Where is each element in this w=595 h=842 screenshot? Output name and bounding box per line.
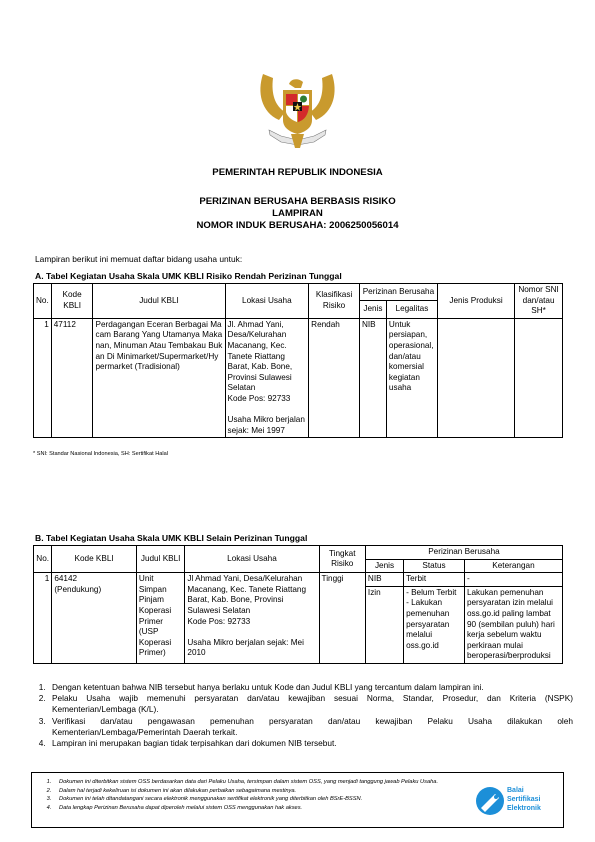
footer-note-item: Dokumen ini diterbitkan sistem OSS berda… — [53, 778, 493, 787]
section-b-title: B. Tabel Kegiatan Usaha Skala UMK KBLI S… — [35, 533, 307, 543]
header-lokasi: Lokasi Usaha — [185, 546, 319, 573]
cell-no: 1 — [34, 318, 52, 438]
cell-judul: Perdagangan Eceran Berbagai Macam Barang… — [93, 318, 225, 438]
header-legalitas: Legalitas — [386, 301, 437, 318]
header-tingkat: Tingkat Risiko — [319, 546, 365, 573]
cell-no: 1 — [34, 573, 52, 664]
footer-notes-list: Dokumen ini diterbitkan sistem OSS berda… — [38, 778, 493, 812]
cell-jenis: Izin — [365, 586, 403, 663]
header-no: No. — [34, 546, 52, 573]
header-kode: Kode KBLI — [52, 546, 137, 573]
cell-tingkat: Tinggi — [319, 573, 365, 664]
notes-list: Dengan ketentuan bahwa NIB tersebut hany… — [35, 682, 573, 749]
table-row: 1 47112 Perdagangan Eceran Berbagai Maca… — [34, 318, 563, 438]
cell-kode: 47112 — [51, 318, 93, 438]
government-title: PEMERINTAH REPUBLIK INDONESIA — [0, 167, 595, 179]
footer-note-item: Dalam hal terjadi kekeliruan isi dokumen… — [53, 787, 493, 796]
header-lokasi: Lokasi Usaha — [225, 284, 309, 319]
cell-sni — [515, 318, 563, 438]
cell-produksi — [437, 318, 514, 438]
footer-note-item: Data lengkap Perizinan Berusaha dapat di… — [53, 804, 493, 813]
cell-keterangan: Lakukan pemenuhan persyaratan izin melal… — [464, 586, 562, 663]
header-sni: Nomor SNI dan/atau SH* — [515, 284, 563, 319]
header-judul: Judul KBLI — [136, 546, 184, 573]
cell-status: - Belum Terbit - Lakukan pemenuhan persy… — [404, 586, 465, 663]
cell-legalitas: Untuk persiapan, operasional, dan/atau k… — [386, 318, 437, 438]
header-kode: Kode KBLI — [51, 284, 93, 319]
header-no: No. — [34, 284, 52, 319]
header-judul: Judul KBLI — [93, 284, 225, 319]
bsre-line2: Sertifikasi — [507, 795, 541, 804]
footer-note-item: Dokumen ini telah ditandatangani secara … — [53, 795, 493, 804]
intro-text: Lampiran berikut ini memuat daftar bidan… — [35, 254, 242, 264]
header-perizinan: Perizinan Berusaha — [365, 546, 562, 560]
cell-lokasi: Jl Ahmad Yani, Desa/Kelurahan Macanang, … — [185, 573, 319, 664]
section-a-title: A. Tabel Kegiatan Usaha Skala UMK KBLI R… — [35, 271, 342, 281]
table-row: 1 64142 (Pendukung) Unit Simpan Pinjam K… — [34, 573, 563, 587]
cell-status: Terbit — [404, 573, 465, 587]
note-item: Pelaku Usaha wajib memenuhi persyaratan … — [48, 693, 573, 715]
document-title: PERIZINAN BERUSAHA BERBASIS RISIKO — [0, 196, 595, 208]
bsre-logo: Balai Sertifikasi Elektronik — [475, 785, 555, 817]
nib-number: NOMOR INDUK BERUSAHA: 2006250056014 — [0, 220, 595, 232]
header-status: Status — [404, 559, 465, 573]
bsre-line1: Balai — [507, 786, 541, 795]
header-keterangan: Keterangan — [464, 559, 562, 573]
header-jenis: Jenis — [365, 559, 403, 573]
cell-jenis: NIB — [365, 573, 403, 587]
note-item: Verifikasi dan/atau pengawasan pemenuhan… — [48, 716, 573, 738]
table-b: No. Kode KBLI Judul KBLI Lokasi Usaha Ti… — [33, 545, 563, 664]
cell-jenis: NIB — [359, 318, 386, 438]
header-klasifikasi: Klasifikasi Risiko — [309, 284, 360, 319]
header-perizinan: Perizinan Berusaha — [359, 284, 437, 301]
header-jenis: Jenis — [359, 301, 386, 318]
footer-box: Dokumen ini diterbitkan sistem OSS berda… — [31, 772, 564, 828]
table-a-footnote: * SNI: Standar Nasional Indonesia, SH: S… — [33, 451, 168, 457]
table-a: No. Kode KBLI Judul KBLI Lokasi Usaha Kl… — [33, 283, 563, 438]
cell-keterangan: - — [464, 573, 562, 587]
note-item: Lampiran ini merupakan bagian tidak terp… — [48, 738, 573, 749]
document-subtitle: LAMPIRAN — [0, 208, 595, 220]
cell-lokasi: Jl. Ahmad Yani, Desa/Kelurahan Macanang,… — [225, 318, 309, 438]
cell-klasifikasi: Rendah — [309, 318, 360, 438]
header-produksi: Jenis Produksi — [437, 284, 514, 319]
cell-judul: Unit Simpan Pinjam Koperasi Primer (USP … — [136, 573, 184, 664]
bsre-line3: Elektronik — [507, 804, 541, 813]
garuda-emblem-icon — [255, 72, 340, 154]
certificate-pen-icon — [475, 786, 505, 816]
note-item: Dengan ketentuan bahwa NIB tersebut hany… — [48, 682, 573, 693]
cell-kode: 64142 (Pendukung) — [52, 573, 137, 664]
